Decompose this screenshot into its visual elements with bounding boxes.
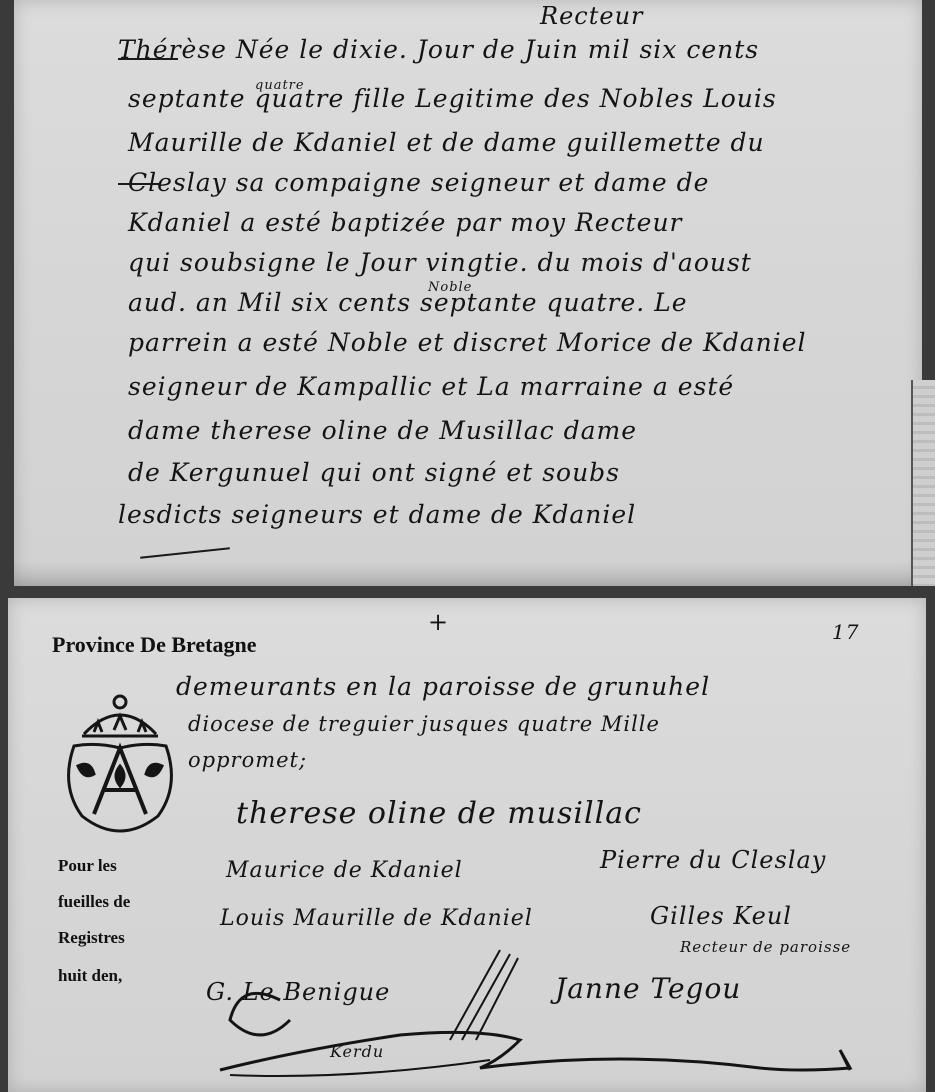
stamp-note-line: Pour les xyxy=(58,856,117,876)
entry-line: Kdaniel a esté baptizée par moy Recteur xyxy=(128,208,683,237)
entry-line: Thérèse Née le dixie. Jour de Juin mil s… xyxy=(118,35,759,64)
signature: Louis Maurille de Kdaniel xyxy=(220,906,533,931)
signature: Maurice de Kdaniel xyxy=(226,858,463,883)
page-fold-shadow xyxy=(14,560,914,586)
entry-line: de Kergunuel qui ont signé et soubs xyxy=(128,458,620,487)
interlinear-note: Noble xyxy=(428,280,472,295)
entry-line: Cleslay sa compaigne seigneur et dame de xyxy=(128,168,709,197)
page-number: 17 xyxy=(832,620,859,644)
entry-line: qui soubsigne le Jour vingtie. du mois d… xyxy=(128,248,752,277)
entry-line: diocese de treguier jusques quatre Mille xyxy=(188,712,660,736)
entry-line: seigneur de Kampallic et La marraine a e… xyxy=(128,372,734,401)
signature: Gilles Keul xyxy=(650,902,792,930)
margin-stroke xyxy=(118,183,160,185)
cross-mark: + xyxy=(428,608,449,636)
entry-line: septante quatre fille Legitime des Noble… xyxy=(128,84,777,113)
entry-line: dame therese oline de Musillac dame xyxy=(128,416,637,445)
stamp-note-line: Registres xyxy=(58,928,125,948)
entry-line: aud. an Mil six cents septante quatre. L… xyxy=(128,288,688,317)
entry-line: demeurants en la paroisse de grunuhel xyxy=(176,672,710,701)
entry-line: parrein a esté Noble et discret Morice d… xyxy=(128,328,807,357)
torn-page-edge xyxy=(911,380,935,586)
signature: Pierre du Cleslay xyxy=(600,846,826,874)
header-note: Recteur xyxy=(540,2,644,30)
royal-crest-icon xyxy=(54,686,186,844)
entry-line: Maurille de Kdaniel et de dame guillemet… xyxy=(128,128,765,157)
stamp-note-line: huit den, xyxy=(58,966,122,986)
entry-line: lesdicts seigneurs et dame de Kdaniel xyxy=(118,500,636,529)
stamp-note-line: fueilles de xyxy=(58,892,130,912)
signature: therese oline de musillac xyxy=(236,796,642,831)
entry-line: oppromet; xyxy=(188,748,307,772)
signature-flourish-icon xyxy=(200,940,900,1090)
stamp-header: Province De Bretagne xyxy=(52,632,256,658)
